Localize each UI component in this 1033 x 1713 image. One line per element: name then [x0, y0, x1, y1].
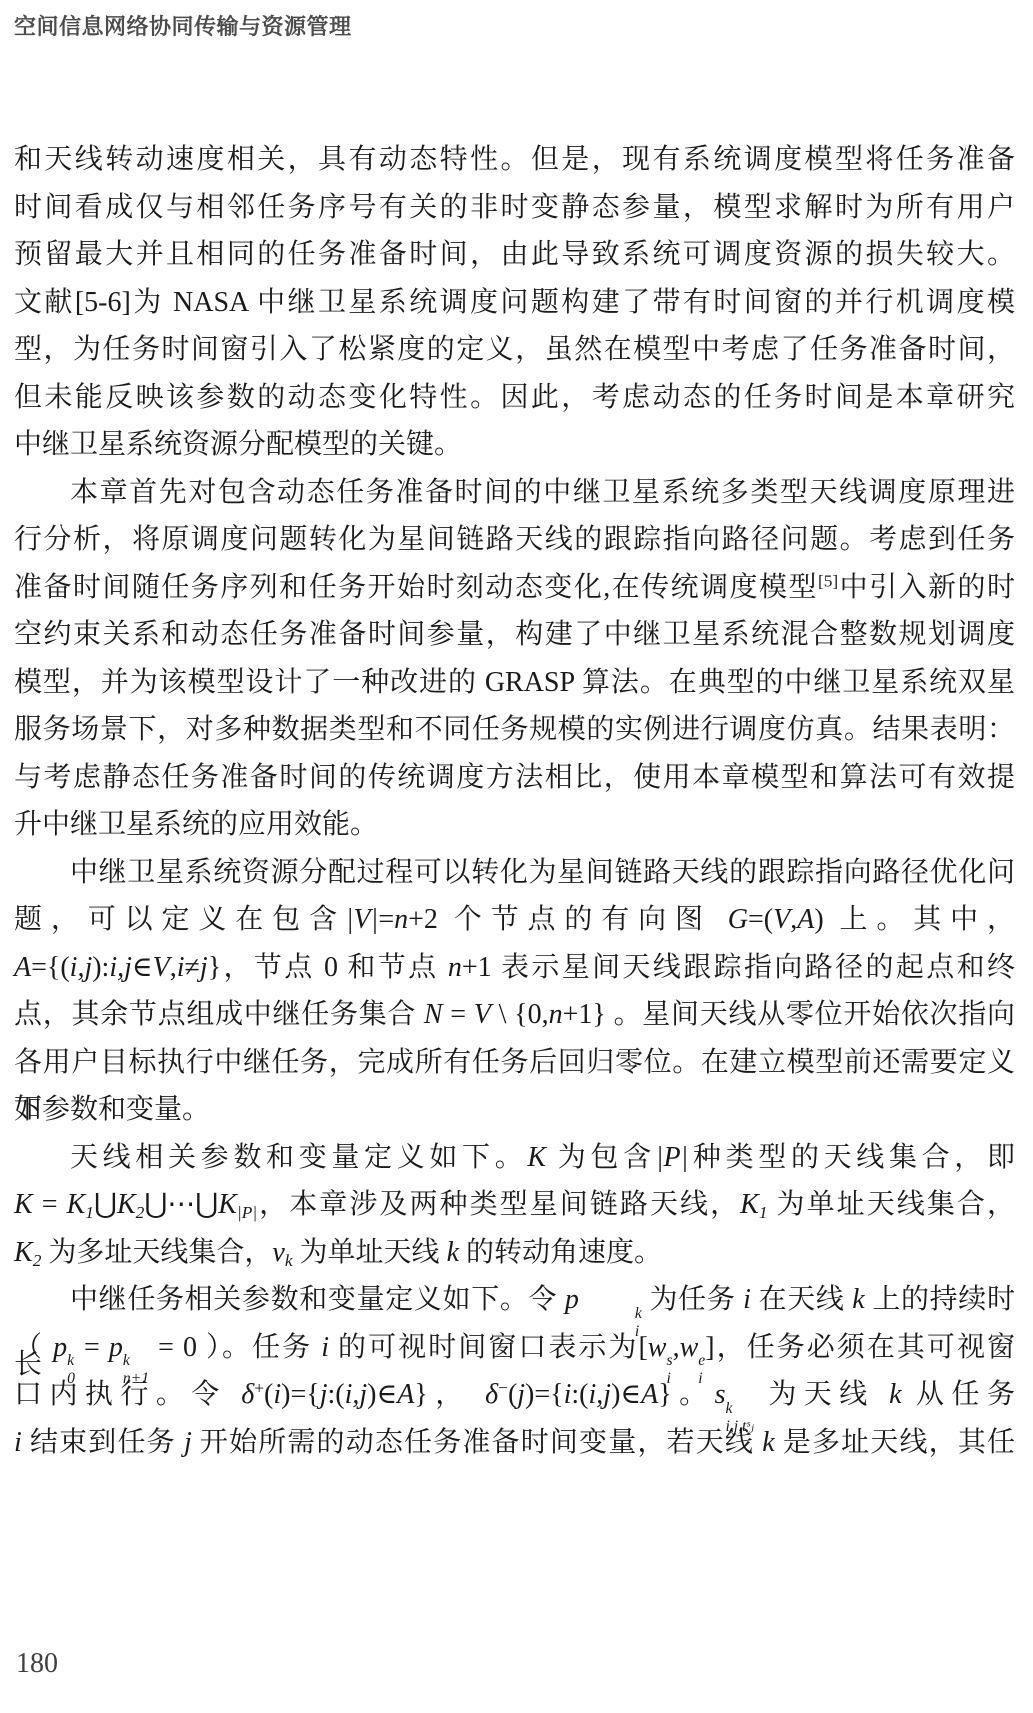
body-text: = [378, 904, 394, 935]
text-line: 模型，并为该模型设计了一种改进的 GRASP 算法。在典型的中继卫星系统双星 [14, 659, 1015, 707]
math-symbol: ski,j,tˢⱼ [715, 1379, 754, 1410]
math-symbol: K|P| [218, 1189, 257, 1220]
body-text: 开始所需的动态任务准备时间变量，若天线 [192, 1427, 762, 1458]
body-text: 题，可以定义在包含 [14, 904, 346, 935]
body-text: ={( [31, 952, 70, 983]
body-text: 行分析，将原调度问题转化为星间链路天线的跟踪指向路径问题。考虑到任务 [14, 524, 1015, 555]
body-text: 预留最大并且相同的任务准备时间，由此导致系统可调度资源的损失较大。 [14, 239, 1015, 270]
math-symbol: K2 [117, 1189, 144, 1220]
body-text: 结束到任务 [22, 1427, 184, 1458]
body-text: 文献[5-6]为 [14, 287, 173, 318]
body-text: 为多址天线集合， [41, 1237, 272, 1268]
math-text: V [773, 904, 790, 935]
body-text: :( [571, 1379, 588, 1410]
math-symbol: K2 [14, 1237, 41, 1268]
body-text: 种类型的天线集合，即 [688, 1142, 1015, 1173]
body-text: 中引入新的时 [838, 572, 1015, 603]
text-line: 本章首先对包含动态任务准备时间的中继卫星系统多类型天线调度原理进 [14, 469, 1015, 517]
text-line: 升中继卫星系统的应用效能。 [14, 801, 1015, 849]
body-text: 中继任务相关参数和变量定义如下。令 [70, 1284, 565, 1315]
body-text: 口内执行。令 [14, 1379, 241, 1410]
text-line: 中继卫星系统资源分配过程可以转化为星间链路天线的跟踪指向路径优化问 [14, 849, 1015, 897]
text-line: 天线相关参数和变量定义如下。K 为包含|P|种类型的天线集合，即 [14, 1134, 1015, 1182]
body-text: 与考虑静态任务准备时间的传统调度方法相比，使用本章模型和算法可有效提 [14, 762, 1015, 793]
superscript-text: − [498, 1378, 508, 1397]
math-text: i [743, 1284, 751, 1315]
math-text: i [273, 1379, 281, 1410]
body-text: 点，其余节点组成中继任务集合 [14, 999, 424, 1030]
body-text: +1} 。星间天线从零位开始依次指向 [563, 999, 1015, 1030]
body-text: , [170, 952, 177, 983]
text-line: 题，可以定义在包含|V|=n+2 个节点的有向图 G=(V,A) 上。其中， [14, 896, 1015, 944]
body-text: 本章首先对包含动态任务准备时间的中继卫星系统多类型天线调度原理进 [70, 477, 1015, 508]
text-line: i 结束到任务 j 开始所需的动态任务准备时间变量，若天线 k 是多址天线，其任 [14, 1419, 1015, 1467]
body-text: +2 个节点的有向图 [408, 904, 728, 935]
body-text: ( [508, 1379, 517, 1410]
math-text: |V| [346, 904, 379, 935]
superscript-text: + [254, 1378, 264, 1397]
math-text: i,j [109, 952, 132, 983]
body-text: = [33, 1189, 67, 1220]
text-line: K2 为多址天线集合，vk 为单址天线 k 的转动角速度。 [14, 1229, 1015, 1277]
math-text: K [527, 1142, 546, 1173]
math-text: δ [485, 1379, 498, 1410]
body-text: +1 表示星间天线跟踪指向路径的起点和终 [462, 952, 1015, 983]
text-line: 行分析，将原调度问题转化为星间链路天线的跟踪指向路径问题。考虑到任务 [14, 516, 1015, 564]
body-text: 从任务 [902, 1379, 1015, 1410]
text-line: 与考虑静态任务准备时间的传统调度方法相比，使用本章模型和算法可有效提 [14, 754, 1015, 802]
body-text: , [673, 1332, 680, 1363]
text-line: 口内执行。令 δ+(i)={j:(i,j)∈A}， δ−(j)={i:(i,j)… [14, 1371, 1015, 1419]
body-text: }， [414, 1379, 485, 1410]
body-text: 中继卫星系统调度问题构建了带有时间窗的并行机调度模 [248, 287, 1015, 318]
body-text: 模型，并为该模型设计了一种改进的 [14, 667, 485, 698]
body-text: ⋃ [94, 1189, 117, 1220]
math-text: i,j [70, 952, 93, 983]
math-text: δ [241, 1379, 254, 1410]
math-text: j [184, 1427, 192, 1458]
body-text: =( [748, 904, 773, 935]
body-text: 为单址天线集合， [768, 1189, 1015, 1220]
body-text: )={ [281, 1379, 320, 1410]
body-text: 和天线转动速度相关，具有动态特性。但是，现有系统调度模型将任务准备 [14, 144, 1015, 175]
text-line: A={(i,j):i,j∈V,i≠j}，节点 0 和节点 n+1 表示星间天线跟… [14, 944, 1015, 992]
body-text: 准备时间随任务序列和任务开始时刻动态变化,在传统调度模型 [14, 572, 818, 603]
body-text: ⋃⋯⋃ [144, 1189, 218, 1220]
text-line: 准备时间随任务序列和任务开始时刻动态变化,在传统调度模型[5]中引入新的时 [14, 564, 1015, 612]
math-text: j [517, 1379, 525, 1410]
body-text: = 0 ）。任务 [149, 1332, 321, 1363]
math-text: n [448, 952, 462, 983]
math-symbol: K1 [67, 1189, 94, 1220]
body-text: :( [327, 1379, 344, 1410]
math-symbol: pki [565, 1284, 642, 1315]
text-line: 点，其余节点组成中继任务集合 N = V \ {0,n+1} 。星间天线从零位开… [14, 991, 1015, 1039]
text-line: 中继卫星系统资源分配模型的关键。 [14, 421, 1015, 469]
text-line: 服务场景下，对多种数据类型和不同任务规模的实例进行调度仿真。结果表明： [14, 706, 1015, 754]
math-text: k [889, 1379, 901, 1410]
math-text: N [424, 999, 443, 1030]
text-line: 时间看成仅与相邻任务序号有关的非时变静态参量，模型求解时为所有用户 [14, 184, 1015, 232]
text-line: 中继任务相关参数和变量定义如下。令 pki 为任务 i 在天线 k 上的持续时长 [14, 1276, 1015, 1324]
math-text: i [14, 1427, 22, 1458]
page-number: 180 [16, 1648, 58, 1680]
text-line: 预留最大并且相同的任务准备时间，由此导致系统可调度资源的损失较大。 [14, 231, 1015, 279]
body-text: ) 上。其中， [814, 904, 1015, 935]
body-text: 中继卫星系统资源分配过程可以转化为星间链路天线的跟踪指向路径优化问 [70, 857, 1015, 888]
body-text: )∈ [367, 1379, 397, 1410]
book-page: { "header": { "book_title": "空间信息网络协同传输与… [0, 0, 1033, 1713]
math-text: n [394, 904, 408, 935]
body-text: GRASP [485, 667, 574, 698]
body-text: }。 [658, 1379, 714, 1410]
body-text: 的可视时间窗口表示为[ [329, 1332, 648, 1363]
body-text: 下参数和变量。 [14, 1094, 210, 1125]
math-symbol: wsi [648, 1332, 673, 1363]
body-text: ( [264, 1379, 273, 1410]
page-body: 和天线转动速度相关，具有动态特性。但是，现有系统调度模型将任务准备时间看成仅与相… [14, 136, 1015, 1466]
text-line: 下参数和变量。 [14, 1086, 1015, 1134]
body-text: 但未能反映该参数的动态变化特性。因此，考虑动态的任务时间是本章研究 [14, 382, 1015, 413]
math-text: i [321, 1332, 329, 1363]
body-text: 为包含 [546, 1142, 656, 1173]
math-text: i [177, 952, 185, 983]
body-text: （ [14, 1332, 53, 1363]
body-text: 的转动角速度。 [459, 1237, 662, 1268]
math-text: A [14, 952, 31, 983]
math-text: V [474, 999, 491, 1030]
math-text: i,j [589, 1379, 612, 1410]
body-text: ≠ [185, 952, 200, 983]
math-symbol: wei [680, 1332, 706, 1363]
body-text: = [75, 1332, 109, 1363]
math-symbol: pk0 [53, 1332, 75, 1363]
text-line: 和天线转动速度相关，具有动态特性。但是，现有系统调度模型将任务准备 [14, 136, 1015, 184]
body-text: 空约束关系和动态任务准备时间参量，构建了中继卫星系统混合整数规划调度 [14, 619, 1015, 650]
superscript-text: [5] [818, 571, 838, 590]
math-text: n [549, 999, 563, 1030]
body-text: )∈ [611, 1379, 641, 1410]
math-symbol: vk [272, 1237, 292, 1268]
body-text: 在天线 [751, 1284, 852, 1315]
body-text: ，本章涉及两种类型星间链路天线， [257, 1189, 740, 1220]
text-line: 各用户目标执行中继任务，完成所有任务后回归零位。在建立模型前还需要定义如 [14, 1039, 1015, 1087]
body-text: 时间看成仅与相邻任务序号有关的非时变静态参量，模型求解时为所有用户 [14, 192, 1015, 223]
math-text: A [797, 904, 814, 935]
math-text: k [447, 1237, 459, 1268]
text-line: （ pk0 = pkn+1 = 0 ）。任务 i 的可视时间窗口表示为[wsi,… [14, 1324, 1015, 1372]
math-text: A [397, 1379, 414, 1410]
body-text: ): [92, 952, 109, 983]
text-line: 文献[5-6]为 NASA 中继卫星系统调度问题构建了带有时间窗的并行机调度模 [14, 279, 1015, 327]
body-text: }，节点 0 和节点 [208, 952, 448, 983]
math-text: i,j [345, 1379, 368, 1410]
text-line: 但未能反映该参数的动态变化特性。因此，考虑动态的任务时间是本章研究 [14, 374, 1015, 422]
math-text: |P| [656, 1142, 689, 1173]
math-text: K [14, 1189, 33, 1220]
body-text: )={ [525, 1379, 564, 1410]
body-text: 算法。在典型的中继卫星系统双星 [574, 667, 1015, 698]
text-line: 型，为任务时间窗引入了松紧度的定义，虽然在模型中考虑了任务准备时间， [14, 326, 1015, 374]
math-text: k [762, 1427, 774, 1458]
body-text: 型，为任务时间窗引入了松紧度的定义，虽然在模型中考虑了任务准备时间， [14, 334, 1015, 365]
body-text: 升中继卫星系统的应用效能。 [14, 809, 378, 840]
text-line: K = K1⋃K2⋃⋯⋃K|P|，本章涉及两种类型星间链路天线，K1 为单址天线… [14, 1181, 1015, 1229]
body-text: \ {0, [491, 999, 549, 1030]
math-text: k [852, 1284, 864, 1315]
body-text: 天线相关参数和变量定义如下。 [70, 1142, 527, 1173]
math-text: j [200, 952, 208, 983]
math-text: V [153, 952, 170, 983]
math-text: A [641, 1379, 658, 1410]
book-title-header: 空间信息网络协同传输与资源管理 [14, 10, 352, 41]
math-symbol: pkn+1 [109, 1332, 149, 1363]
body-text: 服务场景下，对多种数据类型和不同任务规模的实例进行调度仿真。结果表明： [14, 714, 1015, 745]
math-symbol: K1 [740, 1189, 767, 1220]
body-text: = [443, 999, 474, 1030]
body-text: 为天线 [754, 1379, 889, 1410]
math-text: G [728, 904, 748, 935]
body-text: 为任务 [642, 1284, 743, 1315]
body-text: 中继卫星系统资源分配模型的关键。 [14, 429, 462, 460]
text-line: 空约束关系和动态任务准备时间参量，构建了中继卫星系统混合整数规划调度 [14, 611, 1015, 659]
body-text: ]，任务必须在其可视窗 [705, 1332, 1015, 1363]
body-text: 为单址天线 [293, 1237, 447, 1268]
body-text: NASA [173, 287, 248, 318]
body-text: ∈ [132, 952, 153, 983]
body-text: 是多址天线，其任 [775, 1427, 1015, 1458]
